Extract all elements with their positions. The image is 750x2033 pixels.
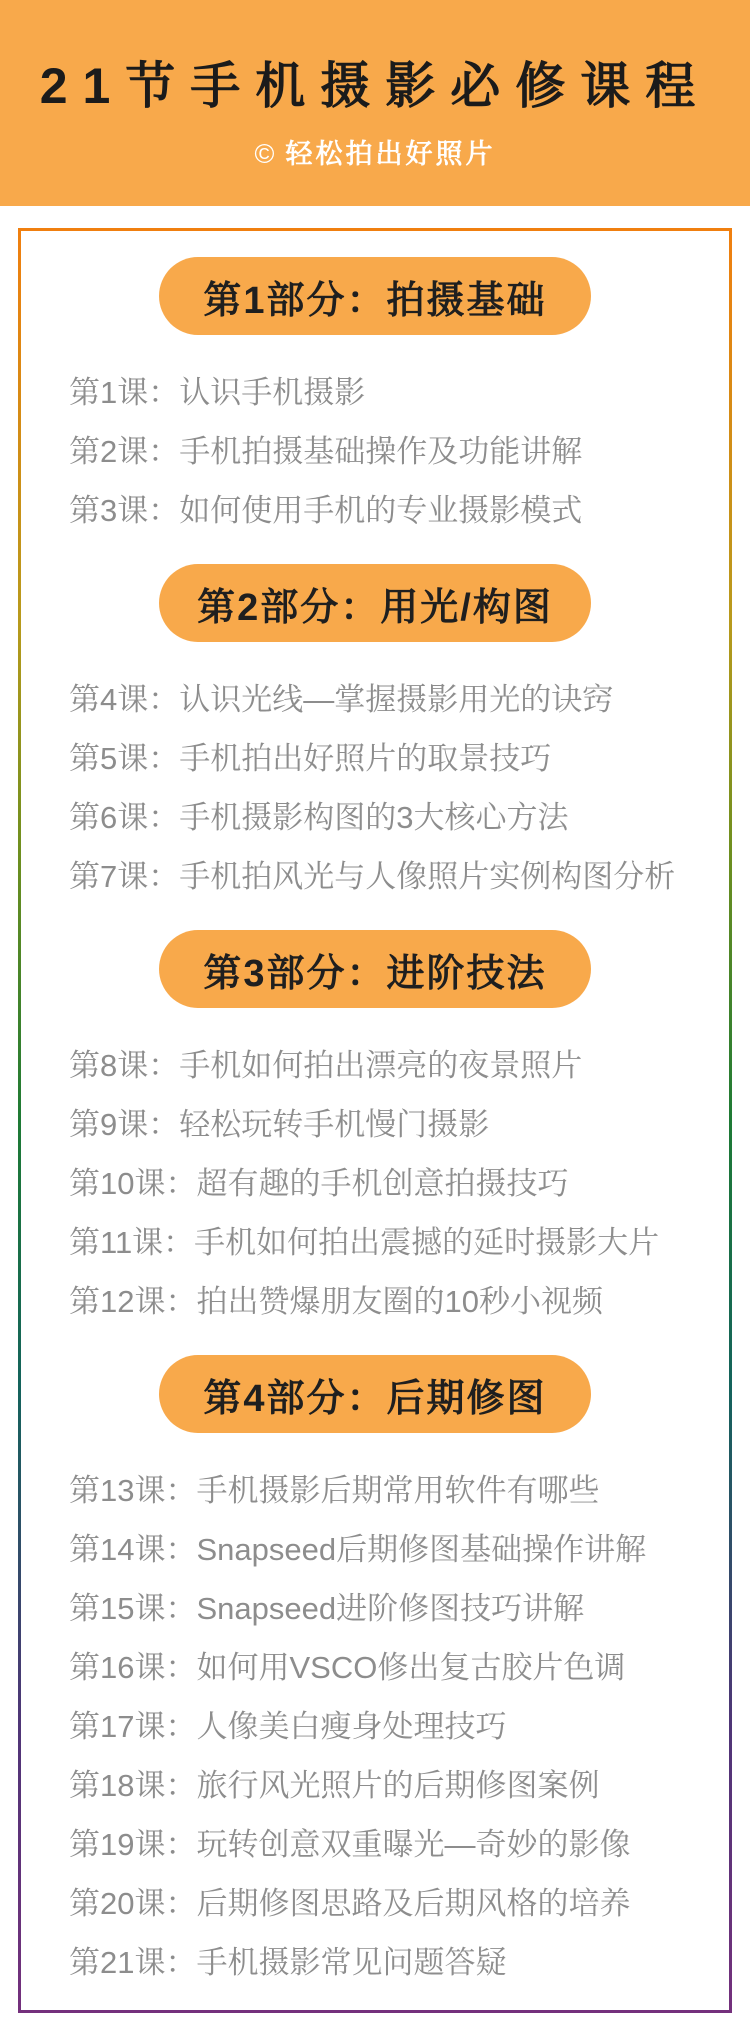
lesson-item: 第17课：人像美白瘦身处理技巧 bbox=[69, 1697, 715, 1756]
course-section-2: 第2部分：用光/构图 第4课：认识光线—掌握摄影用光的诀窍 第5课：手机拍出好照… bbox=[21, 564, 729, 906]
lesson-item: 第16课：如何用VSCO修出复古胶片色调 bbox=[69, 1638, 715, 1697]
lesson-list: 第4课：认识光线—掌握摄影用光的诀窍 第5课：手机拍出好照片的取景技巧 第6课：… bbox=[21, 670, 729, 906]
lesson-item: 第6课：手机摄影构图的3大核心方法 bbox=[69, 788, 715, 847]
lesson-item: 第13课：手机摄影后期常用软件有哪些 bbox=[69, 1461, 715, 1520]
lesson-item: 第19课：玩转创意双重曝光—奇妙的影像 bbox=[69, 1815, 715, 1874]
lesson-item: 第11课：手机如何拍出震撼的延时摄影大片 bbox=[69, 1213, 715, 1272]
lesson-item: 第20课：后期修图思路及后期风格的培养 bbox=[69, 1874, 715, 1933]
lesson-item: 第14课：Snapseed后期修图基础操作讲解 bbox=[69, 1520, 715, 1579]
lesson-list: 第1课：认识手机摄影 第2课：手机拍摄基础操作及功能讲解 第3课：如何使用手机的… bbox=[21, 363, 729, 540]
lesson-item: 第12课：拍出赞爆朋友圈的10秒小视频 bbox=[69, 1272, 715, 1331]
lesson-item: 第10课：超有趣的手机创意拍摄技巧 bbox=[69, 1154, 715, 1213]
lesson-item: 第5课：手机拍出好照片的取景技巧 bbox=[69, 729, 715, 788]
lesson-item: 第4课：认识光线—掌握摄影用光的诀窍 bbox=[69, 670, 715, 729]
copyright-icon: © bbox=[255, 139, 278, 170]
poster-title: 21节手机摄影必修课程 bbox=[0, 0, 750, 118]
section-title-pill: 第3部分：进阶技法 bbox=[159, 930, 591, 1008]
lesson-item: 第18课：旅行风光照片的后期修图案例 bbox=[69, 1756, 715, 1815]
lesson-item: 第7课：手机拍风光与人像照片实例构图分析 bbox=[69, 847, 715, 906]
lesson-list: 第13课：手机摄影后期常用软件有哪些 第14课：Snapseed后期修图基础操作… bbox=[21, 1461, 729, 1992]
course-poster: 21节手机摄影必修课程 ©轻松拍出好照片 第1部分：拍摄基础 第1课：认识手机摄… bbox=[0, 0, 750, 2013]
poster-header: 21节手机摄影必修课程 ©轻松拍出好照片 bbox=[0, 0, 750, 206]
course-section-3: 第3部分：进阶技法 第8课：手机如何拍出漂亮的夜景照片 第9课：轻松玩转手机慢门… bbox=[21, 930, 729, 1331]
lesson-item: 第21课：手机摄影常见问题答疑 bbox=[69, 1933, 715, 1992]
section-title-pill: 第4部分：后期修图 bbox=[159, 1355, 591, 1433]
lesson-item: 第1课：认识手机摄影 bbox=[69, 363, 715, 422]
lesson-item: 第15课：Snapseed进阶修图技巧讲解 bbox=[69, 1579, 715, 1638]
course-section-4: 第4部分：后期修图 第13课：手机摄影后期常用软件有哪些 第14课：Snapse… bbox=[21, 1355, 729, 1992]
lesson-item: 第8课：手机如何拍出漂亮的夜景照片 bbox=[69, 1036, 715, 1095]
poster-subtitle-text: 轻松拍出好照片 bbox=[285, 139, 495, 169]
lesson-list: 第8课：手机如何拍出漂亮的夜景照片 第9课：轻松玩转手机慢门摄影 第10课：超有… bbox=[21, 1036, 729, 1331]
course-outline-card: 第1部分：拍摄基础 第1课：认识手机摄影 第2课：手机拍摄基础操作及功能讲解 第… bbox=[18, 228, 732, 2013]
course-section-1: 第1部分：拍摄基础 第1课：认识手机摄影 第2课：手机拍摄基础操作及功能讲解 第… bbox=[21, 257, 729, 540]
section-title-pill: 第2部分：用光/构图 bbox=[159, 564, 591, 642]
section-title-pill: 第1部分：拍摄基础 bbox=[159, 257, 591, 335]
lesson-item: 第3课：如何使用手机的专业摄影模式 bbox=[69, 481, 715, 540]
poster-subtitle: ©轻松拍出好照片 bbox=[0, 132, 750, 171]
lesson-item: 第9课：轻松玩转手机慢门摄影 bbox=[69, 1095, 715, 1154]
lesson-item: 第2课：手机拍摄基础操作及功能讲解 bbox=[69, 422, 715, 481]
